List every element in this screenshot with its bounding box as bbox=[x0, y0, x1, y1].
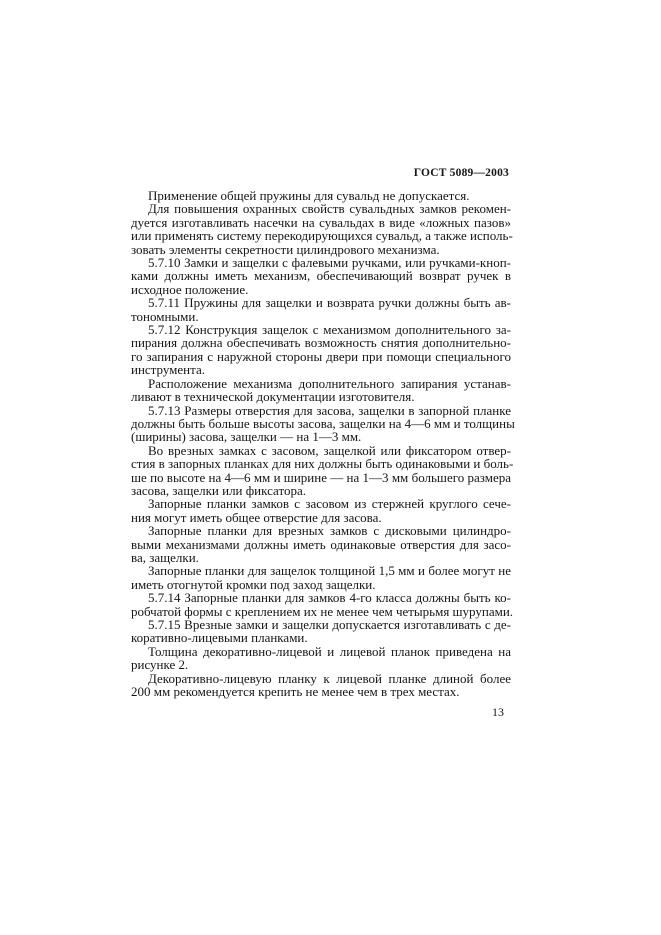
text-line: го запирания с наружной стороны двери пр… bbox=[131, 350, 511, 363]
paragraph: 5.7.10 Замки и защелки с фалевыми ручкам… bbox=[131, 256, 511, 296]
text-line: 5.7.12 Конструкция защелок с механизмом … bbox=[131, 323, 511, 336]
text-line: инструмента. bbox=[131, 363, 511, 376]
text-line: исходное положение. bbox=[131, 283, 511, 296]
text-line: Запорные планки для защелок толщиной 1,5… bbox=[131, 564, 511, 577]
text-line: стия в запорных планках для них должны б… bbox=[131, 457, 511, 470]
paragraph: Для повышения охранных свойств сувальдны… bbox=[131, 202, 511, 256]
text-line: Во врезных замках с засовом, защелкой ил… bbox=[131, 444, 511, 457]
text-line: ливают в технической документации изгото… bbox=[131, 390, 511, 403]
text-line: 5.7.15 Врезные замки и защелки допускает… bbox=[131, 618, 511, 631]
text-line: тономными. bbox=[131, 310, 511, 323]
paragraph: Толщина декоративно-лицевой и лицевой пл… bbox=[131, 645, 511, 672]
text-line: ше по высоте на 4—6 мм и ширине — на 1—3… bbox=[131, 471, 511, 484]
text-line: робчатой формы с креплением их не менее … bbox=[131, 605, 511, 618]
text-line: ва, защелки. bbox=[131, 551, 511, 564]
paragraph: Расположение механизма дополнительного з… bbox=[131, 377, 511, 404]
paragraph: Запорные планки замков с засовом из стер… bbox=[131, 497, 511, 524]
text-line: 5.7.11 Пружины для защелки и возврата ру… bbox=[131, 296, 511, 309]
paragraph: 5.7.12 Конструкция защелок с механизмом … bbox=[131, 323, 511, 377]
document-body: Применение общей пружины для сувальд не … bbox=[131, 189, 511, 698]
text-line: 200 мм рекомендуется крепить не менее че… bbox=[131, 685, 511, 698]
text-line: ния могут иметь общее отверстие для засо… bbox=[131, 511, 511, 524]
text-line: зовать элементы секретности цилиндрового… bbox=[131, 243, 511, 256]
paragraph: 5.7.15 Врезные замки и защелки допускает… bbox=[131, 618, 511, 645]
text-line: иметь отогнутой кромки под заход защелки… bbox=[131, 578, 511, 591]
paragraph: Во врезных замках с засовом, защелкой ил… bbox=[131, 444, 511, 498]
paragraph: Запорные планки для защелок толщиной 1,5… bbox=[131, 564, 511, 591]
text-line: выми механизмами должны иметь одинаковые… bbox=[131, 538, 511, 551]
paragraph: 5.7.13 Размеры отверстия для засова, защ… bbox=[131, 404, 511, 444]
text-line: Запорные планки замков с засовом из стер… bbox=[131, 497, 511, 510]
text-line: Для повышения охранных свойств сувальдны… bbox=[131, 202, 511, 215]
text-line: коративно-лицевыми планками. bbox=[131, 631, 511, 644]
text-line: должны быть больше высоты засова, защелк… bbox=[131, 417, 511, 430]
text-line: пирания должна обеспечивать возможность … bbox=[131, 336, 511, 349]
paragraph: Запорные планки для врезных замков с дис… bbox=[131, 524, 511, 564]
text-line: 5.7.13 Размеры отверстия для засова, защ… bbox=[131, 404, 511, 417]
text-line: Расположение механизма дополнительного з… bbox=[131, 377, 511, 390]
page-number: 13 bbox=[492, 705, 504, 720]
document-page: ГОСТ 5089—2003 Применение общей пружины … bbox=[0, 0, 661, 935]
text-line: дуется изготавливать насечки на сувальда… bbox=[131, 216, 511, 229]
text-line: Запорные планки для врезных замков с дис… bbox=[131, 524, 511, 537]
text-line: 5.7.14 Запорные планки для замков 4-го к… bbox=[131, 591, 511, 604]
text-line: засова, защелки или фиксатора. bbox=[131, 484, 511, 497]
text-line: ками должны иметь механизм, обеспечивающ… bbox=[131, 269, 511, 282]
text-line: 5.7.10 Замки и защелки с фалевыми ручкам… bbox=[131, 256, 511, 269]
text-line: рисунке 2. bbox=[131, 658, 511, 671]
paragraph: 5.7.14 Запорные планки для замков 4-го к… bbox=[131, 591, 511, 618]
paragraph: 5.7.11 Пружины для защелки и возврата ру… bbox=[131, 296, 511, 323]
running-header-standard-ref: ГОСТ 5089—2003 bbox=[414, 167, 509, 179]
text-line: или применять систему перекодирующихся с… bbox=[131, 229, 511, 242]
paragraph: Декоративно-лицевую планку к лицевой пла… bbox=[131, 672, 511, 699]
paragraph: Применение общей пружины для сувальд не … bbox=[131, 189, 511, 202]
text-line: Применение общей пружины для сувальд не … bbox=[131, 189, 511, 202]
text-line: Толщина декоративно-лицевой и лицевой пл… bbox=[131, 645, 511, 658]
text-line: Декоративно-лицевую планку к лицевой пла… bbox=[131, 672, 511, 685]
text-line: (ширины) засова, защелки — на 1—3 мм. bbox=[131, 430, 511, 443]
